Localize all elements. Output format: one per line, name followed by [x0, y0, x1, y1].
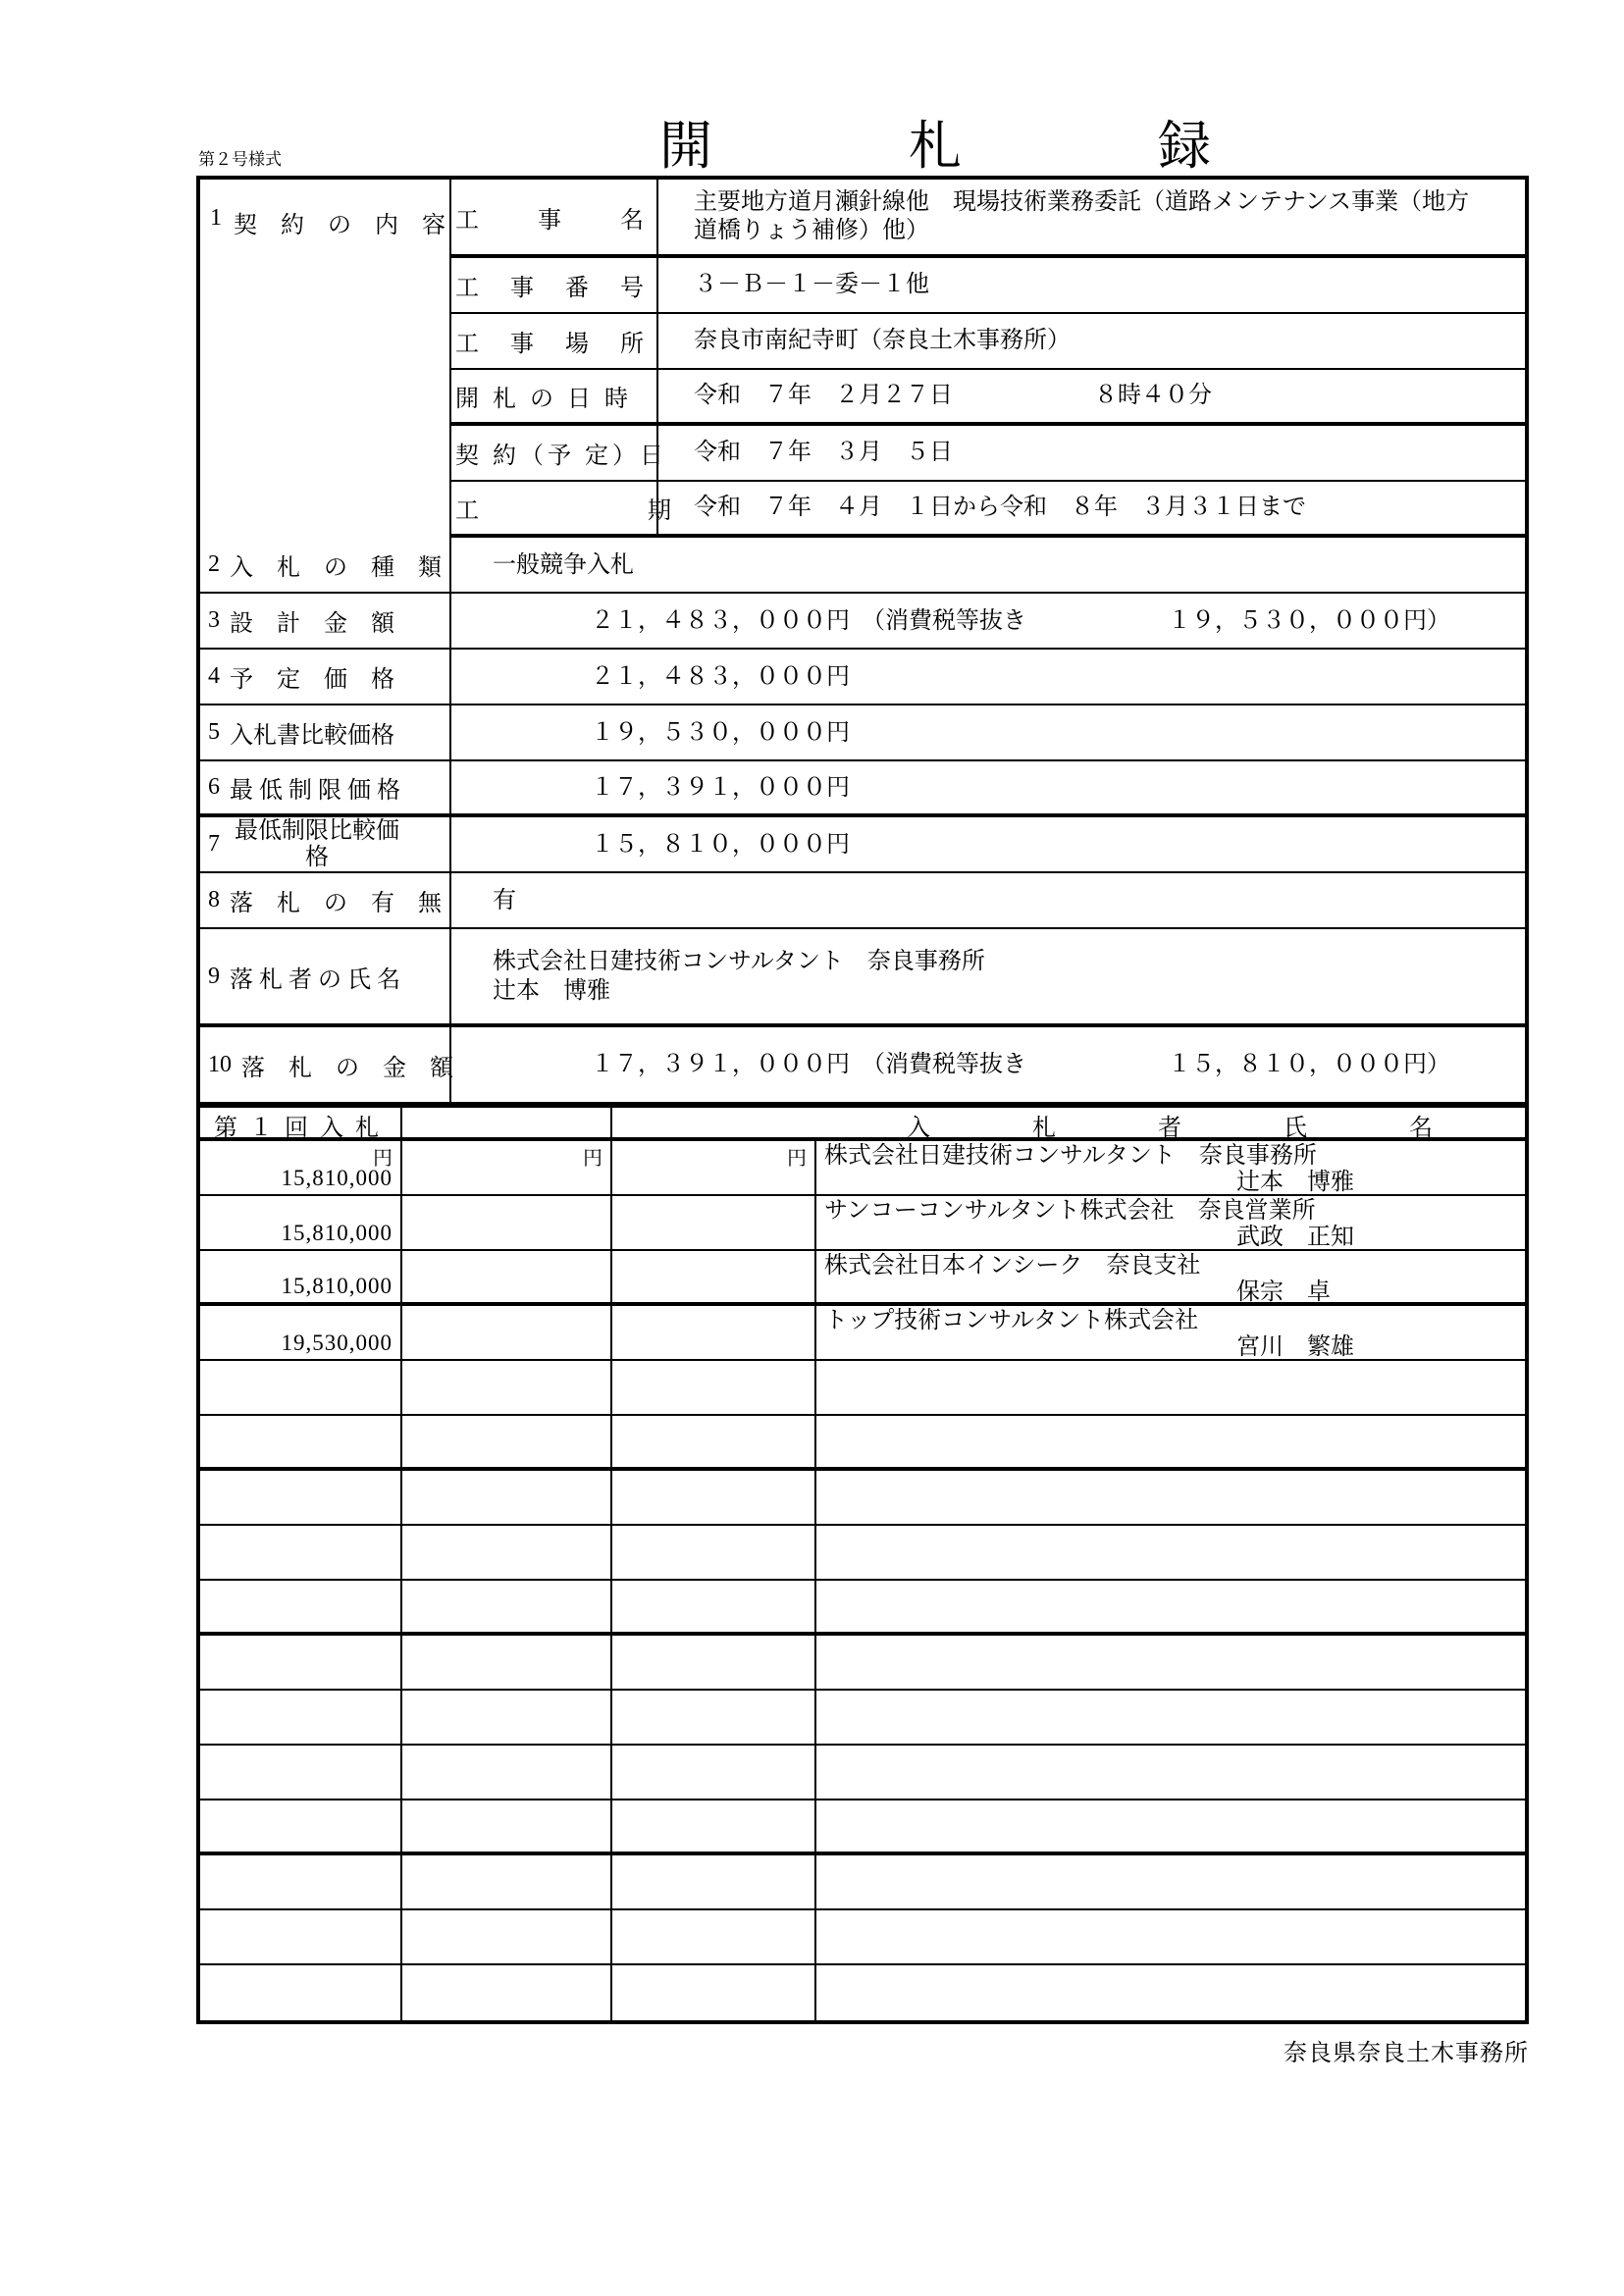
label-opening-datetime: 開 札 の 日 時 [451, 370, 658, 426]
item-number: 9 [208, 964, 220, 990]
bid-amount-cell-2 [402, 1965, 612, 2020]
row-design-amount: 3設 計 金 額 ２１，４８３，０００円 （消費税等抜き １９，５３０，０００円… [200, 594, 1525, 650]
bid-amount-cell-2 [402, 1251, 612, 1302]
bid-amount-cell-3 [612, 1691, 816, 1744]
label-koji-place: 工 事 場 所 [451, 314, 658, 370]
bid-amount: 15,810,000 [282, 1221, 393, 1246]
bidder-name-cell [816, 1526, 1525, 1579]
bidder-name-cell [816, 1416, 1525, 1467]
bid-amount-cell-2 [402, 1691, 612, 1744]
bid-rows: 円15,810,000円円株式会社日建技術コンサルタント 奈良事務所辻本 博雅1… [200, 1141, 1525, 2020]
bid-amount-cell-2 [402, 1416, 612, 1467]
bid-amount-cell-1 [200, 1471, 402, 1524]
row-bid-comparison-price: 5入札書比較価格 １９，５３０，０００円 [200, 705, 1525, 761]
item-number: 5 [208, 719, 220, 746]
label-contract-date: 契 約（予 定）日 [451, 426, 658, 482]
value-bid-type: 一般競争入札 [451, 538, 1525, 594]
footer-office-name: 奈良県奈良土木事務所 [196, 2033, 1529, 2067]
item-label: 設 計 金 額 [230, 603, 394, 638]
label-construction-period: 工 期 [451, 482, 658, 538]
bidder-name-cell: 株式会社日本インシーク 奈良支社保宗 卓 [816, 1251, 1525, 1302]
bid-amount-cell-1: 円15,810,000 [200, 1141, 402, 1194]
bid-amount-cell-3 [612, 1196, 816, 1249]
bidder-company: トップ技術コンサルタント株式会社 [824, 1307, 1525, 1334]
bid-row [200, 1636, 1525, 1691]
bid-row: 15,810,000株式会社日本インシーク 奈良支社保宗 卓 [200, 1251, 1525, 1306]
bid-row [200, 1800, 1525, 1855]
bid-results-table: 第１回入札 入札者氏名 円15,810,000円円株式会社日建技術コンサルタント… [196, 1108, 1529, 2024]
bid-amount-cell-1 [200, 1746, 402, 1799]
item-label: 落 札 の 金 額 [241, 1048, 453, 1082]
bid-amount-cell-1 [200, 1416, 402, 1467]
bidder-name-cell [816, 1855, 1525, 1908]
bidder-person: 宮川 繁雄 [1236, 1334, 1525, 1359]
bidder-name-cell [816, 1910, 1525, 1963]
item-label: 落 札 の 有 無 [230, 883, 442, 917]
bid-amount: 19,530,000 [282, 1331, 393, 1356]
bid-amount-cell-1 [200, 1965, 402, 2020]
bid-row [200, 1746, 1525, 1800]
bid-amount-cell-1 [200, 1581, 402, 1632]
bid-amount-cell-2 [402, 1636, 612, 1689]
yen-unit-label: 円 [787, 1142, 807, 1171]
item-number: 3 [208, 607, 220, 634]
value-opening-datetime: 令和 ７年 ２月２７日 ８時４０分 [658, 370, 1525, 426]
row-award-existence: 8落 札 の 有 無 有 [200, 873, 1525, 929]
form-code-label: 第２号様式 [198, 145, 282, 170]
bid-amount-cell-1 [200, 1910, 402, 1963]
bid-row [200, 1855, 1525, 1910]
item-label: 入 札 の 種 類 [230, 548, 442, 582]
bidder-name-header: 入札者氏名 [612, 1108, 1535, 1142]
item-number: 2 [208, 551, 220, 578]
bid-row [200, 1471, 1525, 1526]
bidder-name-cell: 株式会社日建技術コンサルタント 奈良事務所辻本 博雅 [816, 1141, 1525, 1194]
value-minimum-comparison-price: １５，８１０，０００円 [451, 817, 1525, 873]
item-number: 4 [208, 663, 220, 690]
bid-amount-cell-3 [612, 1526, 816, 1579]
bid-row [200, 1965, 1525, 2020]
value-minimum-price: １７，３９１，０００円 [451, 761, 1525, 817]
bid-amount-cell-2 [402, 1910, 612, 1963]
bid-row [200, 1910, 1525, 1965]
bidder-name-cell [816, 1691, 1525, 1744]
round-1-header: 第１回入札 [200, 1108, 402, 1142]
bid-amount: 15,810,000 [282, 1274, 393, 1299]
bidder-name-cell [816, 1636, 1525, 1689]
value-construction-period: 令和 ７年 ４月 １日から令和 ８年 ３月３１日まで [658, 482, 1525, 538]
bidder-name-cell [816, 1361, 1525, 1414]
value-award-existence: 有 [451, 873, 1525, 929]
bidder-person: 辻本 博雅 [1236, 1170, 1525, 1194]
bid-amount-cell-3 [612, 1800, 816, 1852]
bid-amount-cell-3 [612, 1746, 816, 1799]
value-design-amount: ２１，４８３，０００円 （消費税等抜き １９，５３０，０００円） [451, 594, 1525, 650]
value-planned-price: ２１，４８３，０００円 [451, 650, 1525, 705]
item-number: 7 [208, 831, 220, 858]
row-bid-type: 2入 札 の 種 類 一般競争入札 [200, 538, 1525, 594]
bid-amount-cell-1 [200, 1691, 402, 1744]
bid-amount-cell-3 [612, 1361, 816, 1414]
item-number: 8 [208, 887, 220, 913]
bid-amount-cell-3 [612, 1306, 816, 1359]
bidder-name-cell: サンコーコンサルタント株式会社 奈良営業所武政 正知 [816, 1196, 1525, 1249]
item-label: 落 札 者 の 氏 名 [230, 960, 400, 994]
bid-row [200, 1526, 1525, 1581]
bid-amount-cell-1 [200, 1361, 402, 1414]
bid-amount-cell-2 [402, 1581, 612, 1632]
bid-amount-cell-3 [612, 1416, 816, 1467]
bid-table-header: 第１回入札 入札者氏名 [200, 1108, 1525, 1141]
bid-amount-cell-3 [612, 1965, 816, 2020]
contract-section: 1 契 約 の 内 容 工 事 名 主要地方道月瀬針線他 現場技術業務委託（道路… [200, 180, 1525, 538]
bid-amount-cell-2 [402, 1526, 612, 1579]
item-label: 入札書比較価格 [230, 715, 394, 750]
contract-item-number: 1 [210, 205, 222, 232]
bid-row: 15,810,000サンコーコンサルタント株式会社 奈良営業所武政 正知 [200, 1196, 1525, 1251]
row-winner-name: 9落 札 者 の 氏 名 株式会社日建技術コンサルタント 奈良事務所 辻本 博雅 [200, 929, 1525, 1027]
bid-amount-cell-1: 15,810,000 [200, 1196, 402, 1249]
bid-amount-cell-1: 15,810,000 [200, 1251, 402, 1302]
bidder-name-cell [816, 1746, 1525, 1799]
row-minimum-price: 6最 低 制 限 価 格 １７，３９１，０００円 [200, 761, 1525, 817]
contract-summary-table: 1 契 約 の 内 容 工 事 名 主要地方道月瀬針線他 現場技術業務委託（道路… [196, 176, 1529, 1108]
bidder-name-cell [816, 1581, 1525, 1632]
bid-amount-cell-3 [612, 1910, 816, 1963]
value-award-amount: １７，３９１，０００円 （消費税等抜き １５，８１０，０００円） [451, 1027, 1525, 1102]
bidder-person: 保宗 卓 [1236, 1279, 1525, 1302]
value-koji-name: 主要地方道月瀬針線他 現場技術業務委託（道路メンテナンス事業（地方 道橋りょう補… [658, 180, 1525, 258]
label-koji-name: 工 事 名 [451, 180, 658, 258]
bid-amount-cell-3: 円 [612, 1141, 816, 1194]
row-planned-price: 4予 定 価 格 ２１，４８３，０００円 [200, 650, 1525, 705]
item-label: 予 定 価 格 [230, 659, 394, 694]
item-label: 最低制限比較価格 [230, 818, 404, 871]
bid-amount-cell-1 [200, 1636, 402, 1689]
label-koji-number: 工 事 番 号 [451, 258, 658, 314]
bidder-name-cell [816, 1800, 1525, 1852]
row-minimum-comparison-price: 7最低制限比較価格 １５，８１０，０００円 [200, 817, 1525, 873]
item-label: 最 低 制 限 価 格 [230, 770, 400, 805]
bid-amount-cell-1: 19,530,000 [200, 1306, 402, 1359]
bid-amount-cell-3 [612, 1581, 816, 1632]
bid-row [200, 1691, 1525, 1746]
contract-label-cell: 1 契 約 の 内 容 [200, 180, 451, 538]
contract-item-label: 契 約 の 内 容 [234, 205, 445, 239]
value-bid-comparison-price: １９，５３０，０００円 [451, 705, 1525, 761]
yen-unit-label: 円 [583, 1142, 602, 1171]
bid-amount-cell-2 [402, 1800, 612, 1852]
bid-row [200, 1361, 1525, 1416]
bid-amount-cell-1 [200, 1800, 402, 1852]
bid-amount-cell-2 [402, 1746, 612, 1799]
round-2-header [402, 1108, 612, 1142]
bid-amount-cell-2 [402, 1306, 612, 1359]
bid-amount-cell-1 [200, 1855, 402, 1908]
bidder-name-cell: トップ技術コンサルタント株式会社宮川 繁雄 [816, 1306, 1525, 1359]
bid-amount-cell-2 [402, 1361, 612, 1414]
bid-amount-cell-2: 円 [402, 1141, 612, 1194]
value-koji-place: 奈良市南紀寺町（奈良土木事務所） [658, 314, 1525, 370]
bid-amount-cell-3 [612, 1251, 816, 1302]
bid-amount-cell-2 [402, 1196, 612, 1249]
row-award-amount: 10落 札 の 金 額 １７，３９１，０００円 （消費税等抜き １５，８１０，０… [200, 1027, 1525, 1102]
bid-amount-cell-1 [200, 1526, 402, 1579]
bid-row [200, 1416, 1525, 1471]
bid-amount-cell-3 [612, 1471, 816, 1524]
bid-row [200, 1581, 1525, 1636]
value-koji-number: ３－Ｂ－１－委－１他 [658, 258, 1525, 314]
bidder-name-cell [816, 1471, 1525, 1524]
value-winner-name: 株式会社日建技術コンサルタント 奈良事務所 辻本 博雅 [451, 929, 1525, 1027]
bid-amount-cell-2 [402, 1471, 612, 1524]
value-contract-date: 令和 ７年 ３月 ５日 [658, 426, 1525, 482]
item-number: 10 [208, 1052, 232, 1078]
bid-row: 円15,810,000円円株式会社日建技術コンサルタント 奈良事務所辻本 博雅 [200, 1141, 1525, 1196]
bidder-company: 株式会社日建技術コンサルタント 奈良事務所 [824, 1142, 1525, 1170]
bid-amount-cell-3 [612, 1636, 816, 1689]
bid-amount-cell-2 [402, 1855, 612, 1908]
bidder-person: 武政 正知 [1236, 1225, 1525, 1249]
bidder-name-cell [816, 1965, 1525, 2020]
item-number: 6 [208, 774, 220, 801]
bid-row: 19,530,000トップ技術コンサルタント株式会社宮川 繁雄 [200, 1306, 1525, 1361]
bidder-company: サンコーコンサルタント株式会社 奈良営業所 [824, 1197, 1525, 1225]
bidder-company: 株式会社日本インシーク 奈良支社 [824, 1252, 1525, 1279]
page-title: 開札録 [659, 104, 1407, 180]
bid-amount: 15,810,000 [282, 1166, 393, 1191]
bid-amount-cell-3 [612, 1855, 816, 1908]
